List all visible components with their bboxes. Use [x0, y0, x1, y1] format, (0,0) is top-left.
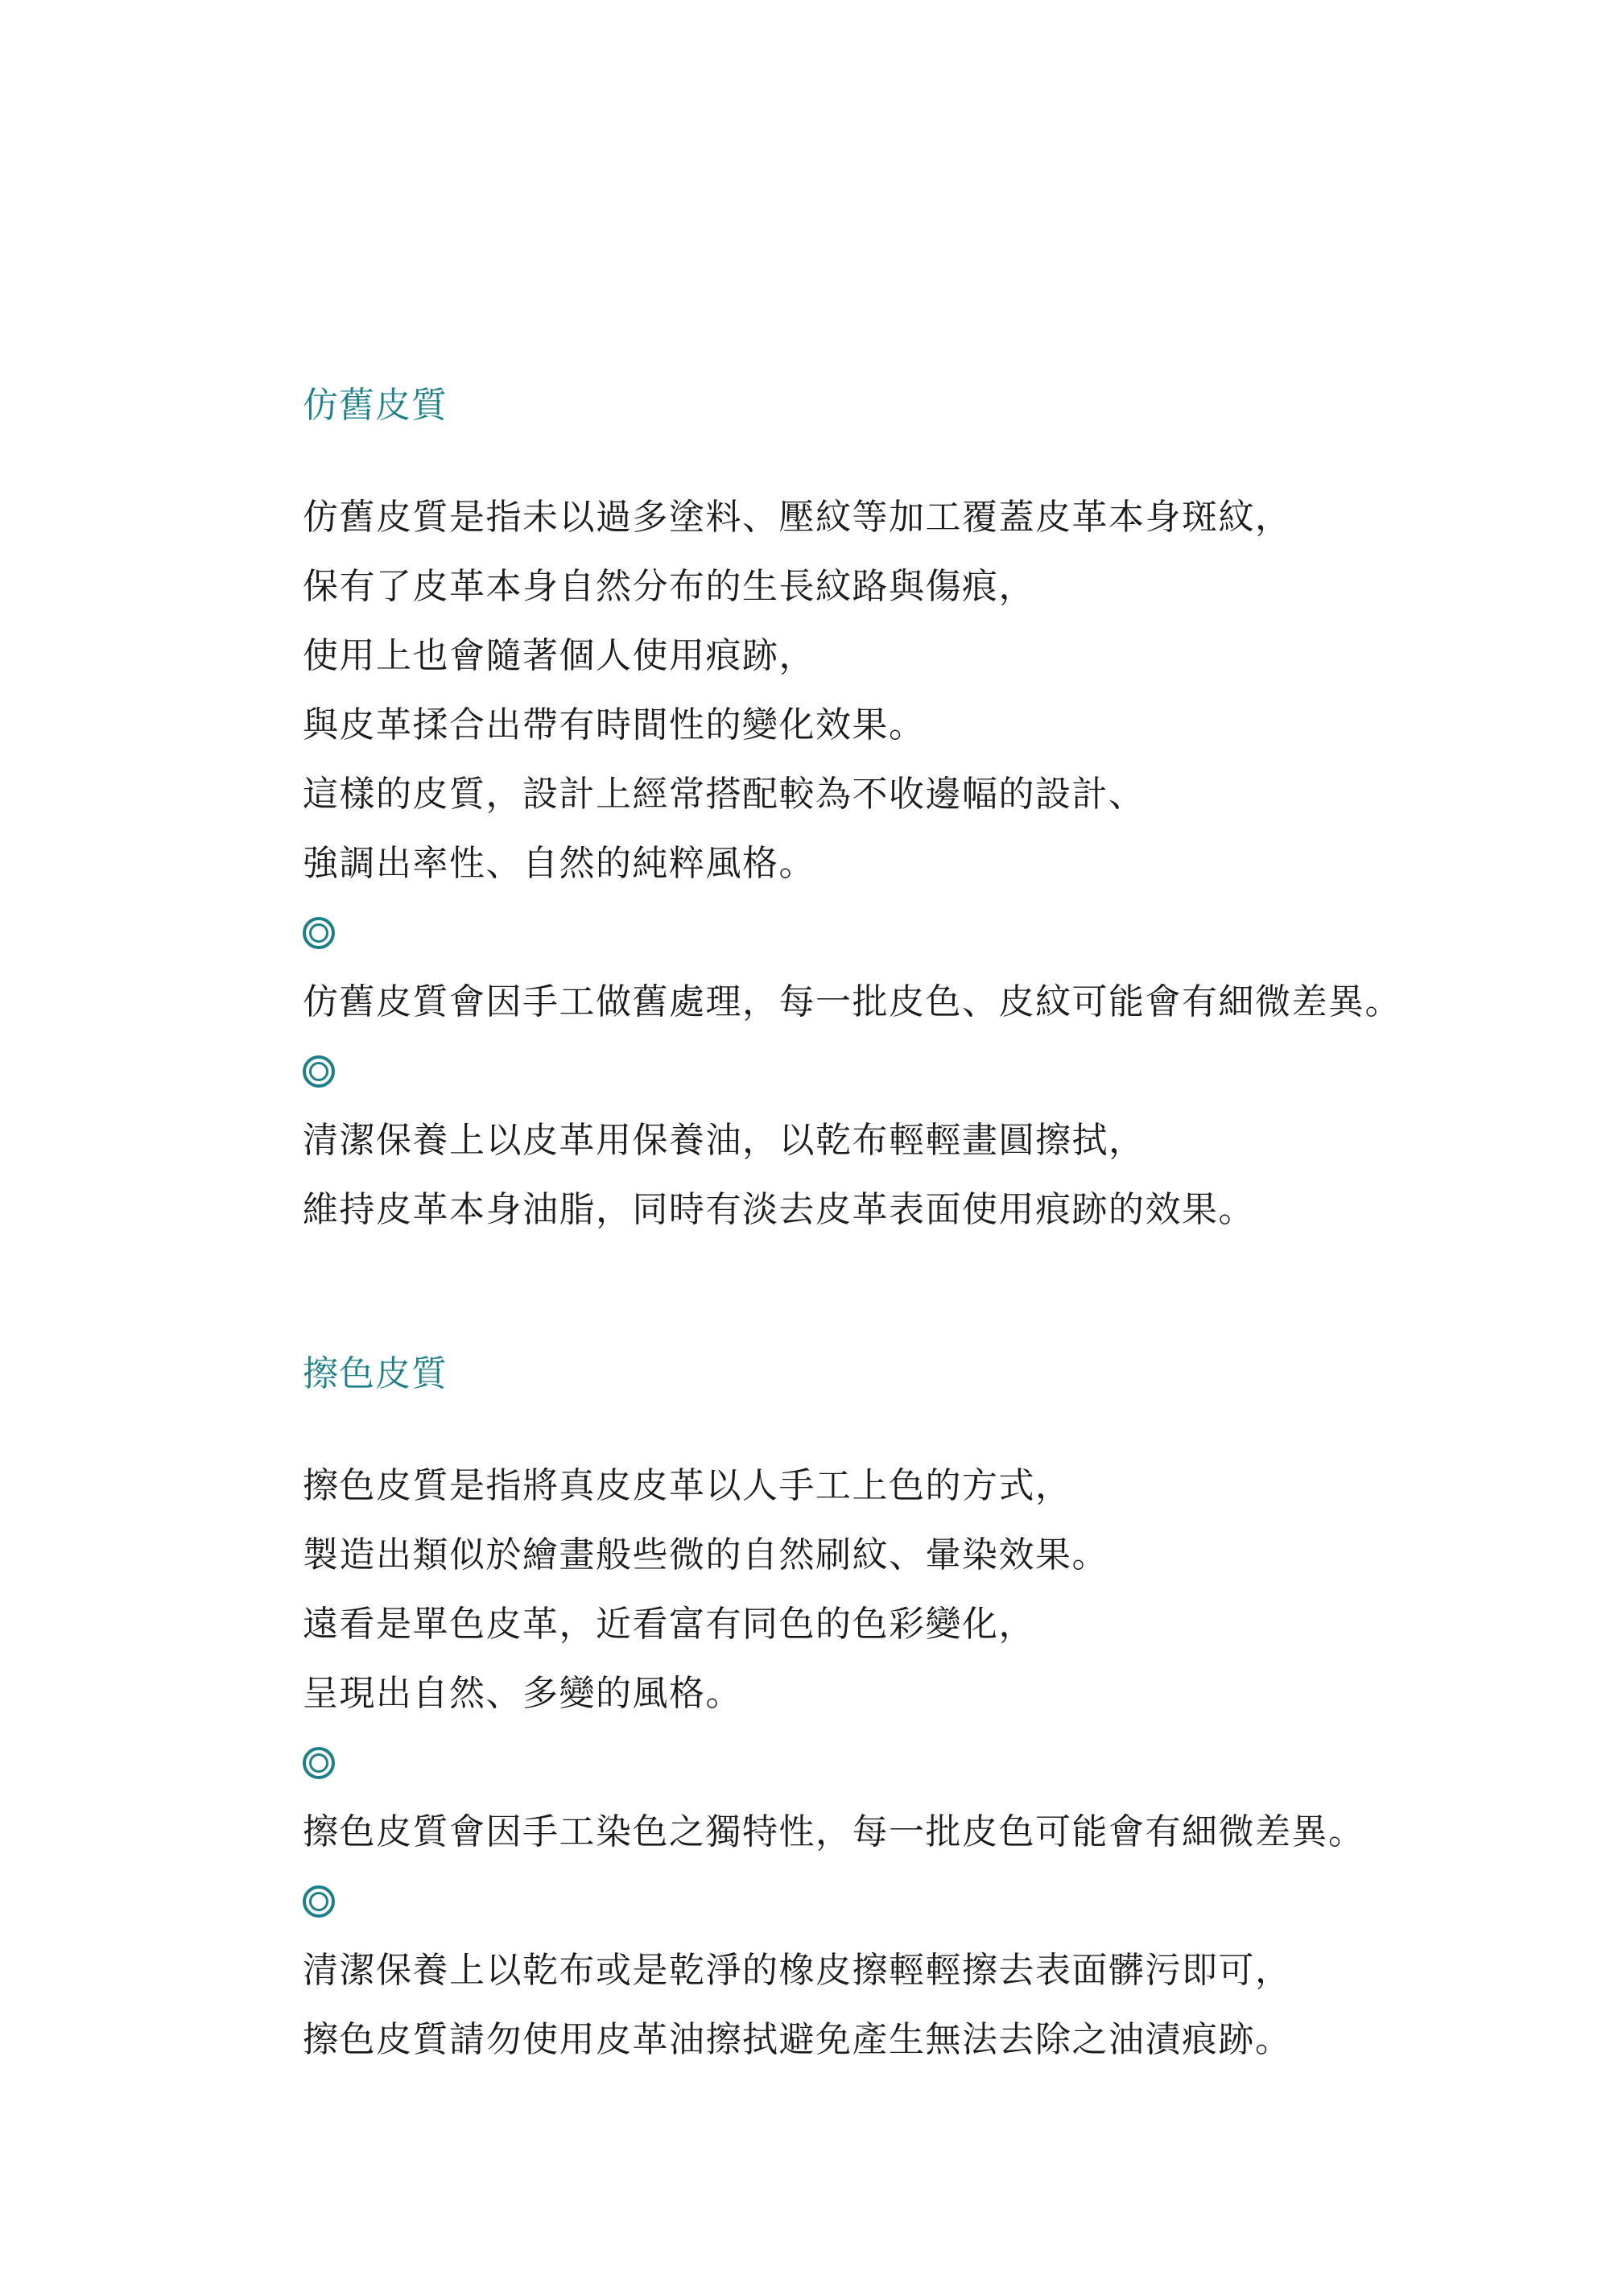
section-title: 擦色皮質	[303, 1350, 1558, 1398]
note-line: 擦色皮質會因手工染色之獨特性，每一批皮色可能會有細微差異。	[303, 1798, 1558, 1867]
double-circle-icon	[303, 1747, 335, 1779]
paragraph-line: 保有了皮革本身自然分布的生長紋路與傷痕，	[303, 552, 1558, 621]
section-hand-rubbed-leather: 擦色皮質 擦色皮質是指將真皮皮革以人手工上色的方式， 製造出類似於繪畫般些微的自…	[303, 1350, 1558, 2075]
note-line: 維持皮革本身油脂，同時有淡去皮革表面使用痕跡的效果。	[303, 1175, 1558, 1245]
paragraph-line: 強調出率性、自然的純粹風格。	[303, 829, 1558, 898]
note-line: 清潔保養上以乾布或是乾淨的橡皮擦輕輕擦去表面髒污即可，	[303, 1936, 1558, 2005]
paragraph-line: 製造出類似於繪畫般些微的自然刷紋、暈染效果。	[303, 1521, 1558, 1590]
double-circle-icon	[303, 1055, 335, 1088]
note-marker	[303, 1867, 1558, 1936]
paragraph-line: 使用上也會隨著個人使用痕跡，	[303, 621, 1558, 691]
section-vintage-leather: 仿舊皮質 仿舊皮質是指未以過多塗料、壓紋等加工覆蓋皮革本身斑紋， 保有了皮革本身…	[303, 382, 1558, 1245]
note-marker	[303, 1728, 1558, 1798]
section-title: 仿舊皮質	[303, 382, 1558, 430]
double-circle-icon	[303, 917, 335, 949]
paragraph-line: 這樣的皮質，設計上經常搭配較為不收邊幅的設計、	[303, 760, 1558, 829]
note-marker	[303, 1037, 1558, 1106]
paragraph-line: 遠看是單色皮革，近看富有同色的色彩變化，	[303, 1590, 1558, 1659]
paragraph-line: 與皮革揉合出帶有時間性的變化效果。	[303, 691, 1558, 760]
note-line: 擦色皮質請勿使用皮革油擦拭避免產生無法去除之油漬痕跡。	[303, 2005, 1558, 2075]
note-line: 清潔保養上以皮革用保養油，以乾布輕輕畫圓擦拭，	[303, 1106, 1558, 1175]
note-line: 仿舊皮質會因手工做舊處理，每一批皮色、皮紋可能會有細微差異。	[303, 968, 1558, 1037]
paragraph-line: 呈現出自然、多變的風格。	[303, 1659, 1558, 1728]
note-marker	[303, 898, 1558, 968]
document-page: 仿舊皮質 仿舊皮質是指未以過多塗料、壓紋等加工覆蓋皮革本身斑紋， 保有了皮革本身…	[0, 0, 1610, 2296]
paragraph-line: 擦色皮質是指將真皮皮革以人手工上色的方式，	[303, 1452, 1558, 1521]
double-circle-icon	[303, 1885, 335, 1918]
paragraph-line: 仿舊皮質是指未以過多塗料、壓紋等加工覆蓋皮革本身斑紋，	[303, 483, 1558, 552]
section-body: 仿舊皮質是指未以過多塗料、壓紋等加工覆蓋皮革本身斑紋， 保有了皮革本身自然分布的…	[303, 483, 1558, 1245]
section-body: 擦色皮質是指將真皮皮革以人手工上色的方式， 製造出類似於繪畫般些微的自然刷紋、暈…	[303, 1452, 1558, 2075]
